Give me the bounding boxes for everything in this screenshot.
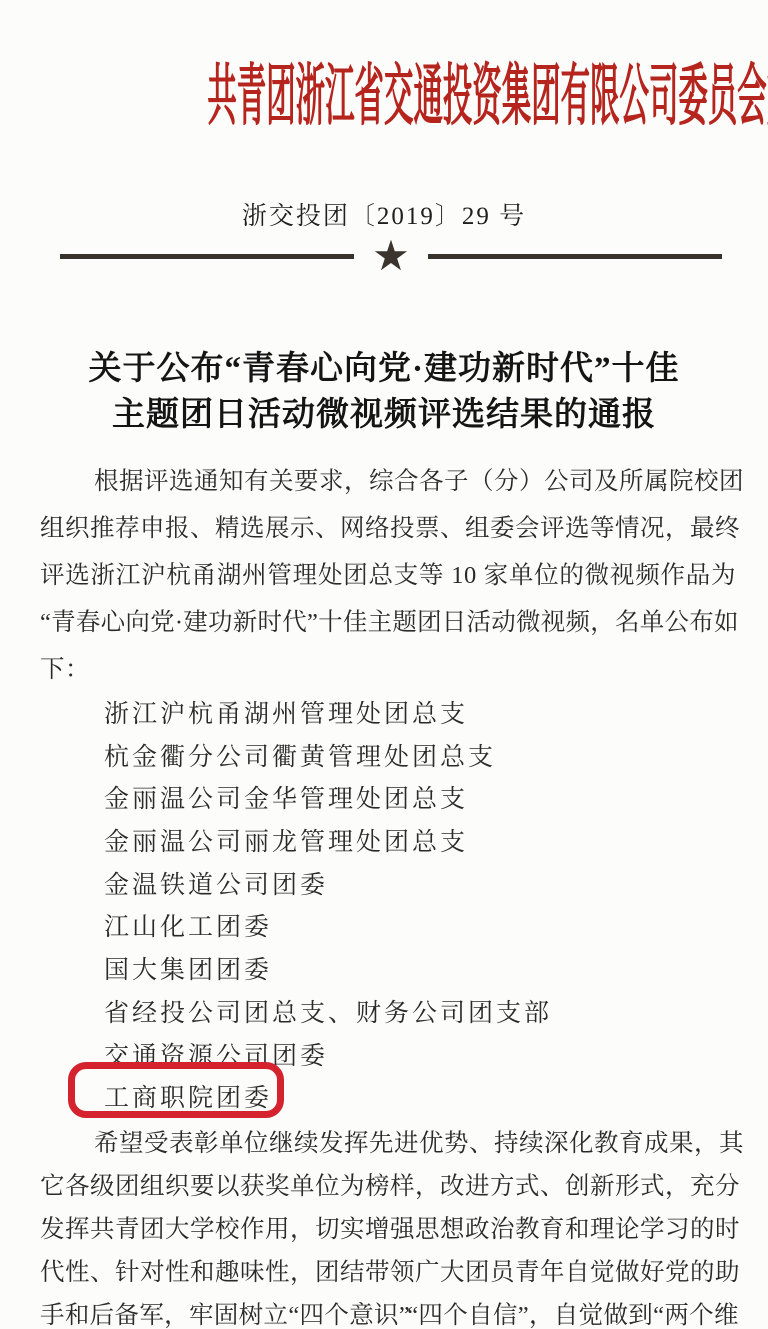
- paragraph-line: 发挥共青团大学校作用，切实增强思想政治教育和理论学习的时: [40, 1208, 736, 1251]
- winner-item: 金丽温公司金华管理处团总支: [104, 779, 724, 822]
- paragraph-line: “青春心向党·建功新时代”十佳主题团日活动微视频，名单公布如: [40, 599, 736, 646]
- winner-item: 金温铁道公司团委: [104, 865, 724, 908]
- winner-list: 浙江沪杭甬湖州管理处团总支 杭金衢分公司衢黄管理处团总支 金丽温公司金华管理处团…: [104, 694, 724, 1121]
- red-highlight-box: [68, 1062, 284, 1118]
- divider-line-left: [60, 254, 354, 259]
- winner-item: 省经投公司团总支、财务公司团支部: [104, 993, 724, 1036]
- star-icon: ★: [372, 238, 410, 274]
- document-title: 关于公布“青春心向党·建功新时代”十佳 主题团日活动微视频评选结果的通报: [0, 346, 768, 438]
- winner-item: 浙江沪杭甬湖州管理处团总支: [104, 694, 724, 737]
- divider-line-right: [428, 254, 722, 259]
- header-divider: ★: [60, 238, 722, 274]
- document-title-line1: 关于公布“青春心向党·建功新时代”十佳: [0, 346, 768, 392]
- paragraph-line: 根据评选通知有关要求，综合各子（分）公司及所属院校团: [40, 458, 736, 505]
- document-title-line2: 主题团日活动微视频评选结果的通报: [0, 392, 768, 438]
- document-number: 浙交投团〔2019〕29 号: [0, 196, 768, 232]
- paragraph-line: 组织推荐申报、精选展示、网络投票、组委会评选等情况，最终: [40, 505, 736, 552]
- paragraph-line: 代性、针对性和趣味性，团结带领广大团员青年自觉做好党的助: [40, 1251, 736, 1294]
- closing-paragraph: 希望受表彰单位继续发挥先进优势、持续深化教育成果，其 它各级团组织要以获奖单位为…: [40, 1122, 736, 1329]
- winner-item: 江山化工团委: [104, 907, 724, 950]
- winner-item: 金丽温公司丽龙管理处团总支: [104, 822, 724, 865]
- paragraph-line: 评选浙江沪杭甬湖州管理处团总支等 10 家单位的微视频作品为: [40, 552, 736, 599]
- intro-paragraph: 根据评选通知有关要求，综合各子（分）公司及所属院校团 组织推荐申报、精选展示、网…: [40, 458, 736, 693]
- scanned-document-page: 共青团浙江省交通投资集团有限公司委员会文件 浙交投团〔2019〕29 号 ★ 关…: [0, 0, 768, 1329]
- winner-item: 杭金衢分公司衢黄管理处团总支: [104, 737, 724, 780]
- winner-item: 国大集团团委: [104, 950, 724, 993]
- paragraph-line: 它各级团组织要以获奖单位为榜样，改进方式、创新形式，充分: [40, 1165, 736, 1208]
- paragraph-line: 手和后备军，牢固树立“四个意识”“四个自信”，自觉做到“两个维: [40, 1294, 736, 1329]
- paragraph-line: 希望受表彰单位继续发挥先进优势、持续深化教育成果，其: [40, 1122, 736, 1165]
- letterhead-org-title: 共青团浙江省交通投资集团有限公司委员会文件: [207, 42, 560, 139]
- paragraph-line: 下：: [40, 646, 736, 693]
